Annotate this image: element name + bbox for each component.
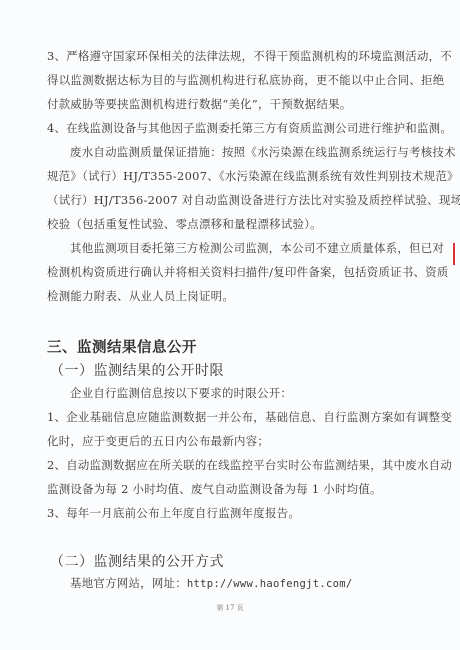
qa-paragraph-line-4: 校验（包括重复性试验、零点漂移和量程漂移试验）。 — [47, 217, 417, 231]
document-page: 3、严格遵守国家环保相关的法律法规，不得干预监测机构的环境监测活动，不 得以监测… — [0, 0, 460, 650]
paragraph-4-line-1: 4、在线监测设备与其他因子监测委托第三方有资质监测公司进行维护和监测。 — [47, 121, 417, 135]
website-line: 基地官方网站，网址：http://www.haofengjt.com/ — [70, 576, 440, 591]
subsection-2-heading: （二）监测结果的公开方式 — [50, 551, 224, 571]
website-label: 基地官方网站，网址： — [70, 576, 187, 590]
item-1-line-1: 1、企业基础信息应随监测数据一并公布，基础信息、自行监测方案如有调整变 — [47, 410, 417, 424]
other-paragraph-line-1: 其他监测项目委托第三方检测公司监测，本公司不建立质量体系，但已对 — [70, 241, 440, 255]
qa-paragraph-line-1: 废水自动监测质量保证措施：按照《水污染源在线监测系统运行与考核技术 — [70, 145, 440, 159]
paragraph-3-line-2: 得以监测数据达标为目的与监测机构进行私底协商，更不能以中止合同、拒绝 — [47, 73, 417, 87]
section-3-heading: 三、监测结果信息公开 — [47, 336, 197, 357]
item-3-line-1: 3、每年一月底前公布上年度自行监测年度报告。 — [47, 506, 417, 520]
red-margin-mark — [453, 243, 455, 265]
qa-paragraph-line-2: 规范》（试行）HJ/T355-2007、《水污染源在线监测系统有效性判别技术规范… — [47, 169, 417, 183]
item-2-line-2: 监测设备为每 2 小时均值、废气自动监测设备为每 1 小时均值。 — [47, 482, 417, 496]
other-paragraph-line-3: 检测能力附表、从业人员上岗证明。 — [47, 289, 417, 303]
paragraph-3-line-3: 付款威胁等要挟监测机构进行数据“美化”，干预数据结果。 — [47, 97, 417, 111]
qa-paragraph-line-3: （试行）HJ/T356-2007 对自动监测设备进行方法比对实验及质控样试验、现… — [47, 193, 417, 207]
website-url-link[interactable]: http://www.haofengjt.com/ — [187, 578, 353, 590]
item-2-line-1: 2、自动监测数据应在所关联的在线监控平台实时公布监测结果，其中废水自动 — [47, 458, 417, 472]
paragraph-3-line-1: 3、严格遵守国家环保相关的法律法规，不得干预监测机构的环境监测活动，不 — [47, 49, 417, 63]
item-1-line-2: 化时，应于变更后的五日内公布最新内容； — [47, 434, 417, 448]
subsection-1-heading: （一）监测结果的公开时限 — [50, 360, 224, 380]
page-number: 第 17 页 — [0, 603, 460, 613]
other-paragraph-line-2: 检测机构资质进行确认并将相关资料扫描件/复印件备案，包括资质证书、资质 — [47, 265, 417, 279]
disclosure-intro: 企业自行监测信息按以下要求的时限公开： — [70, 386, 440, 400]
